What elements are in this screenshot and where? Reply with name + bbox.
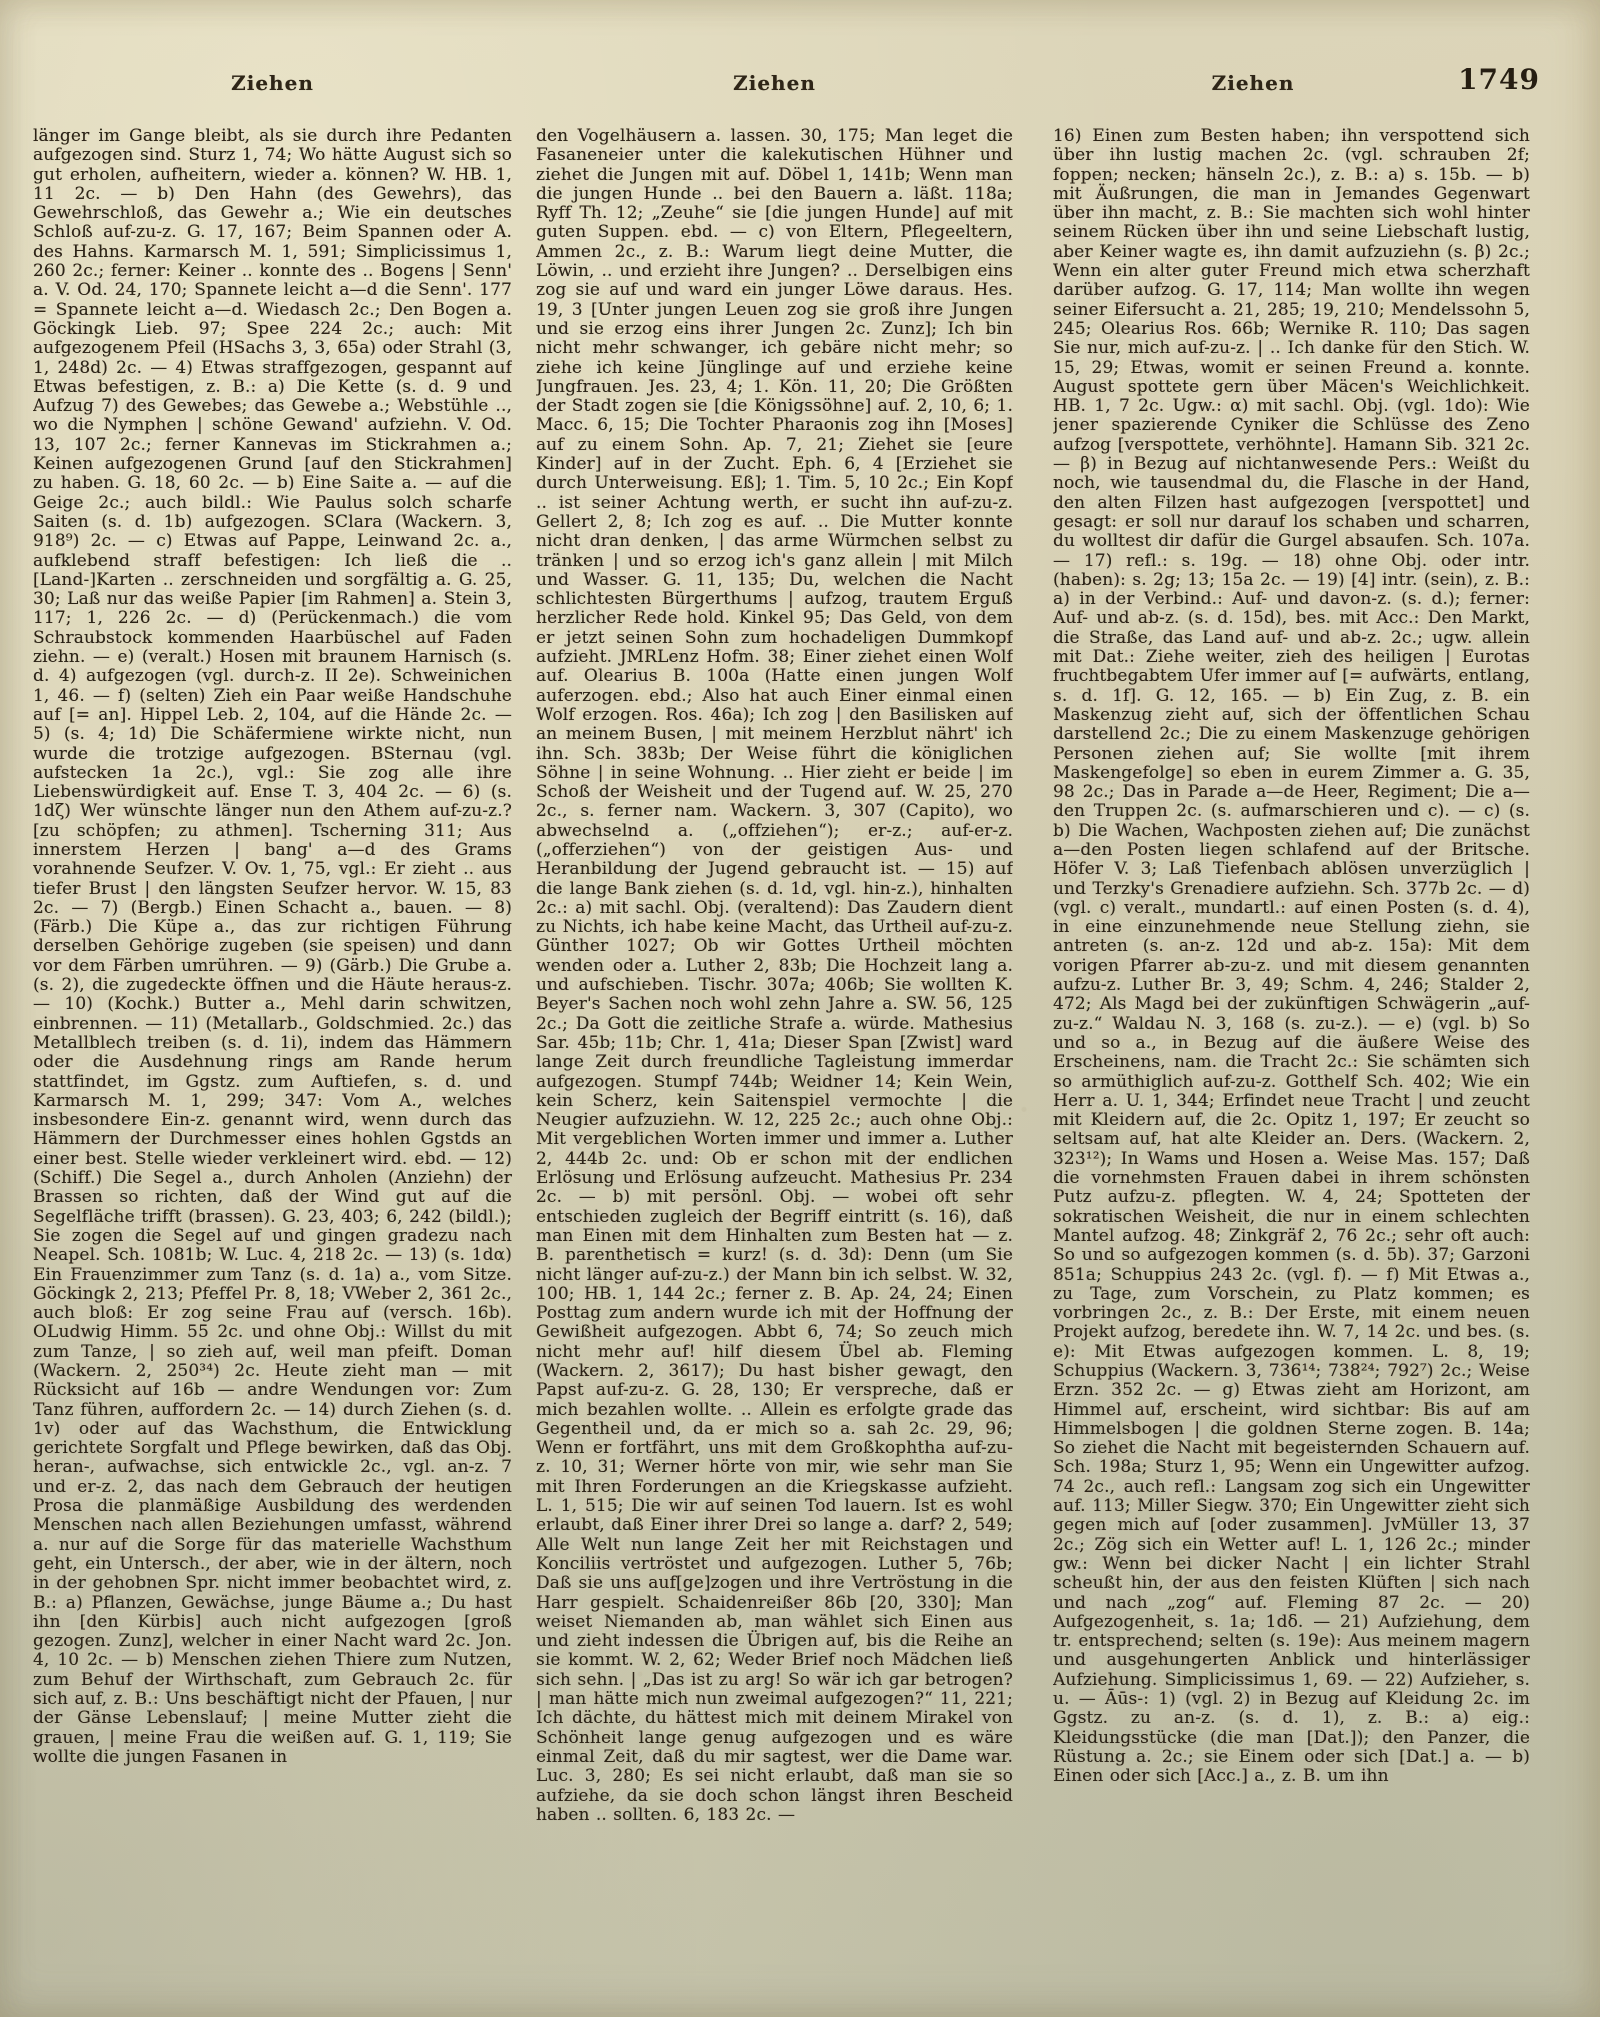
running-head-column-2: Ziehen <box>536 71 1013 95</box>
running-head-column-3: Ziehen <box>1053 71 1453 95</box>
page-number: 1749 <box>1458 63 1540 96</box>
dictionary-page: Ziehen Ziehen Ziehen 1749 länger im Gang… <box>0 0 1600 2017</box>
text-column-2: den Vogelhäusern a. lassen. 30, 175; Man… <box>536 127 1013 1893</box>
text-column-3: 16) Einen zum Besten haben; ihn verspott… <box>1053 127 1530 1893</box>
text-column-1: länger im Gange bleibt, als sie durch ih… <box>33 127 512 1893</box>
running-head-column-1: Ziehen <box>33 71 512 95</box>
